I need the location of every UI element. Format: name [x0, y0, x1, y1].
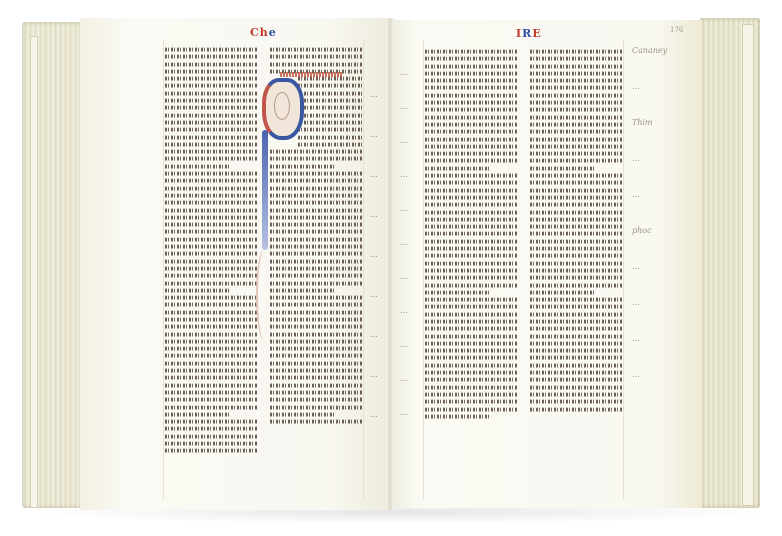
marginal-note: ... — [632, 262, 640, 271]
text-line — [165, 369, 257, 373]
text-line — [270, 252, 362, 256]
text-line — [165, 252, 257, 256]
text-line — [530, 283, 622, 287]
text-line — [425, 159, 518, 163]
text-line — [165, 361, 257, 365]
text-line — [165, 77, 257, 81]
ruling-line — [363, 40, 364, 500]
text-line — [530, 298, 622, 302]
marginal-note: ... — [370, 410, 378, 419]
text-line — [270, 237, 362, 241]
marginal-note: phoc — [632, 226, 652, 235]
text-line — [165, 128, 257, 132]
text-line — [425, 407, 518, 411]
text-line — [530, 86, 622, 90]
text-line — [165, 325, 257, 329]
text-line — [165, 194, 257, 198]
text-line — [165, 172, 257, 176]
text-line — [270, 281, 362, 285]
text-line — [425, 393, 518, 397]
text-line — [270, 376, 362, 380]
text-line — [530, 145, 622, 149]
text-line — [165, 281, 257, 285]
right-page-column-1 — [425, 48, 518, 422]
open-manuscript: Che IRE 176 ........................... … — [0, 0, 782, 536]
text-line — [425, 378, 518, 382]
text-line — [270, 259, 362, 263]
text-line — [425, 312, 518, 316]
text-line — [425, 64, 518, 68]
text-line — [270, 420, 362, 424]
text-line — [530, 210, 622, 214]
text-line — [270, 186, 362, 190]
text-line — [425, 349, 518, 353]
text-line — [425, 414, 490, 418]
text-line — [425, 115, 518, 119]
text-line — [530, 130, 622, 134]
text-line — [530, 225, 622, 229]
text-line — [165, 332, 257, 336]
marginal-note: ... — [370, 130, 378, 139]
text-line — [530, 363, 622, 367]
marginal-note: Thim — [632, 118, 653, 127]
marginal-note: ... — [632, 190, 640, 199]
text-line — [425, 181, 518, 185]
text-line — [165, 340, 257, 344]
ruling-line — [163, 40, 164, 500]
text-line — [270, 172, 362, 176]
marginal-note: ... — [370, 210, 378, 219]
marginal-note: ... — [632, 334, 640, 343]
text-line — [530, 174, 622, 178]
text-line — [270, 354, 362, 358]
text-line — [270, 340, 362, 344]
text-line — [425, 225, 518, 229]
text-line — [530, 232, 622, 236]
text-line — [165, 62, 257, 66]
decorated-initial — [262, 78, 304, 140]
text-line — [270, 318, 362, 322]
text-line — [530, 50, 622, 54]
text-line — [425, 130, 518, 134]
text-line — [425, 298, 518, 302]
text-line — [530, 327, 622, 331]
text-line — [530, 320, 622, 324]
text-line — [425, 305, 518, 309]
left-page-stack — [22, 22, 82, 508]
text-line — [165, 70, 257, 74]
text-line — [165, 121, 257, 125]
text-line — [298, 99, 362, 103]
text-line — [530, 123, 622, 127]
marginal-note: ... — [400, 340, 408, 349]
text-line — [530, 196, 622, 200]
text-line — [165, 405, 257, 409]
text-line — [165, 318, 257, 322]
text-line — [425, 203, 518, 207]
text-line — [270, 361, 362, 365]
right-page-stack — [700, 18, 760, 508]
text-line — [530, 115, 622, 119]
text-line — [298, 128, 362, 132]
text-line — [530, 312, 622, 316]
marginal-note: ... — [400, 238, 408, 247]
text-line — [425, 334, 518, 338]
text-line — [425, 327, 518, 331]
text-line — [165, 288, 229, 292]
folio-number: 176 — [670, 26, 683, 34]
text-line — [425, 371, 518, 375]
text-line — [270, 274, 362, 278]
text-line — [270, 55, 362, 59]
text-line — [530, 166, 594, 170]
text-line — [530, 261, 622, 265]
text-line — [165, 179, 257, 183]
text-line — [298, 143, 362, 147]
text-line — [165, 347, 257, 351]
text-line — [270, 325, 362, 329]
text-line — [425, 290, 490, 294]
text-line — [165, 91, 257, 95]
text-line — [530, 93, 622, 97]
text-line — [165, 150, 257, 154]
text-line — [425, 72, 518, 76]
text-line — [270, 194, 362, 198]
text-line — [425, 232, 518, 236]
pen-flourish — [256, 250, 272, 340]
text-line — [165, 354, 257, 358]
marginal-note: ... — [632, 82, 640, 91]
text-line — [270, 412, 334, 416]
text-line — [530, 159, 622, 163]
text-line — [165, 143, 257, 147]
text-line — [165, 376, 257, 380]
text-line — [425, 79, 518, 83]
marginal-note: ... — [400, 272, 408, 281]
text-line — [270, 62, 362, 66]
text-line — [425, 50, 518, 54]
text-line — [425, 174, 518, 178]
text-line — [530, 108, 622, 112]
text-line — [298, 77, 362, 81]
text-line — [425, 86, 518, 90]
text-line — [270, 150, 362, 154]
text-line — [298, 135, 362, 139]
text-line — [425, 210, 518, 214]
text-line — [425, 276, 518, 280]
right-page-column-2 — [530, 48, 622, 416]
text-line — [165, 245, 257, 249]
text-line — [530, 64, 622, 68]
text-line — [270, 332, 362, 336]
text-line — [165, 164, 229, 168]
text-line — [270, 208, 362, 212]
text-line — [425, 196, 518, 200]
marginal-note: ... — [400, 204, 408, 213]
text-line — [530, 254, 622, 258]
marginal-note: ... — [632, 298, 640, 307]
text-line — [530, 152, 622, 156]
text-line — [530, 137, 622, 141]
text-line — [165, 237, 257, 241]
text-line — [530, 371, 622, 375]
marginal-note: ... — [632, 370, 640, 379]
text-line — [270, 398, 362, 402]
text-line — [425, 400, 518, 404]
left-running-head: Che — [250, 26, 277, 39]
marginal-note: ... — [400, 170, 408, 179]
marginal-note: ... — [400, 68, 408, 77]
text-line — [530, 72, 622, 76]
text-line — [165, 201, 257, 205]
text-line — [425, 101, 518, 105]
text-line — [165, 274, 257, 278]
text-line — [425, 363, 518, 367]
text-line — [270, 296, 362, 300]
text-line — [425, 57, 518, 61]
marginal-note: ... — [370, 250, 378, 259]
marginal-note: ... — [370, 170, 378, 179]
text-line — [425, 320, 518, 324]
text-line — [530, 342, 622, 346]
text-line — [165, 442, 257, 446]
text-line — [165, 208, 257, 212]
text-line — [298, 113, 362, 117]
text-line — [165, 427, 257, 431]
text-line — [165, 48, 257, 52]
text-line — [165, 420, 257, 424]
text-line — [530, 247, 622, 251]
text-line — [425, 123, 518, 127]
text-line — [165, 449, 257, 453]
text-line — [530, 188, 622, 192]
text-line — [270, 405, 362, 409]
text-line — [270, 369, 362, 373]
text-line — [165, 310, 257, 314]
text-line — [165, 434, 257, 438]
text-line — [530, 101, 622, 105]
text-line — [270, 288, 334, 292]
text-line — [270, 303, 362, 307]
text-line — [270, 201, 362, 205]
text-line — [165, 303, 257, 307]
text-line — [530, 305, 622, 309]
text-line — [165, 230, 257, 234]
text-line — [165, 259, 257, 263]
text-line — [270, 179, 362, 183]
text-line — [530, 57, 622, 61]
marginal-note: ... — [400, 102, 408, 111]
text-line — [165, 215, 257, 219]
rubric-incipit — [280, 72, 342, 77]
text-line — [530, 181, 622, 185]
text-line — [270, 245, 362, 249]
text-line — [425, 188, 518, 192]
text-line — [165, 55, 257, 59]
text-line — [270, 223, 362, 227]
text-line — [425, 239, 518, 243]
text-line — [298, 106, 362, 110]
text-line — [425, 342, 518, 346]
marginal-note: ... — [370, 290, 378, 299]
text-line — [165, 267, 257, 271]
marginal-note: ... — [370, 370, 378, 379]
initial-tail — [262, 130, 268, 250]
marginal-note: ... — [400, 136, 408, 145]
text-line — [530, 385, 622, 389]
text-line — [530, 356, 622, 360]
text-line — [530, 393, 622, 397]
text-line — [530, 334, 622, 338]
text-line — [165, 296, 257, 300]
text-line — [165, 157, 257, 161]
text-line — [298, 121, 362, 125]
text-line — [425, 269, 518, 273]
ruling-line — [423, 40, 424, 500]
text-line — [270, 347, 362, 351]
marginal-note: Cananey — [632, 46, 667, 55]
text-line — [270, 48, 362, 52]
text-line — [530, 276, 622, 280]
text-line — [425, 356, 518, 360]
text-line — [165, 135, 257, 139]
marginal-note: ... — [632, 154, 640, 163]
text-line — [425, 137, 518, 141]
text-line — [425, 152, 518, 156]
text-line — [425, 108, 518, 112]
text-line — [530, 217, 622, 221]
text-line — [270, 215, 362, 219]
text-line — [165, 84, 257, 88]
text-line — [270, 230, 362, 234]
book-gutter — [386, 18, 394, 510]
text-line — [530, 290, 594, 294]
text-line — [165, 383, 257, 387]
text-line — [530, 79, 622, 83]
text-line — [165, 99, 257, 103]
text-line — [530, 378, 622, 382]
text-line — [530, 239, 622, 243]
right-running-head: IRE — [516, 27, 542, 40]
text-line — [165, 412, 229, 416]
text-line — [165, 223, 257, 227]
text-line — [270, 310, 362, 314]
text-line — [425, 254, 518, 258]
text-line — [530, 269, 622, 273]
marginal-note: ... — [400, 306, 408, 315]
text-line — [270, 267, 362, 271]
text-line — [425, 283, 518, 287]
marginal-note: ... — [400, 408, 408, 417]
marginal-note: ... — [370, 90, 378, 99]
text-line — [530, 203, 622, 207]
left-page-column-1 — [165, 46, 257, 456]
text-line — [298, 91, 362, 95]
ruling-line — [623, 40, 624, 500]
text-line — [165, 391, 257, 395]
text-line — [298, 84, 362, 88]
marginal-note: ... — [370, 330, 378, 339]
text-line — [165, 113, 257, 117]
text-line — [270, 391, 362, 395]
text-line — [425, 385, 518, 389]
text-line — [165, 186, 257, 190]
text-line — [270, 164, 334, 168]
text-line — [530, 407, 622, 411]
text-line — [425, 93, 518, 97]
text-line — [425, 217, 518, 221]
text-line — [425, 261, 518, 265]
text-line — [165, 106, 257, 110]
text-line — [425, 145, 518, 149]
text-line — [425, 247, 518, 251]
text-line — [270, 383, 362, 387]
text-line — [530, 349, 622, 353]
text-line — [270, 157, 362, 161]
text-line — [530, 400, 622, 404]
text-line — [425, 166, 490, 170]
text-line — [165, 398, 257, 402]
marginal-note: ... — [400, 374, 408, 383]
